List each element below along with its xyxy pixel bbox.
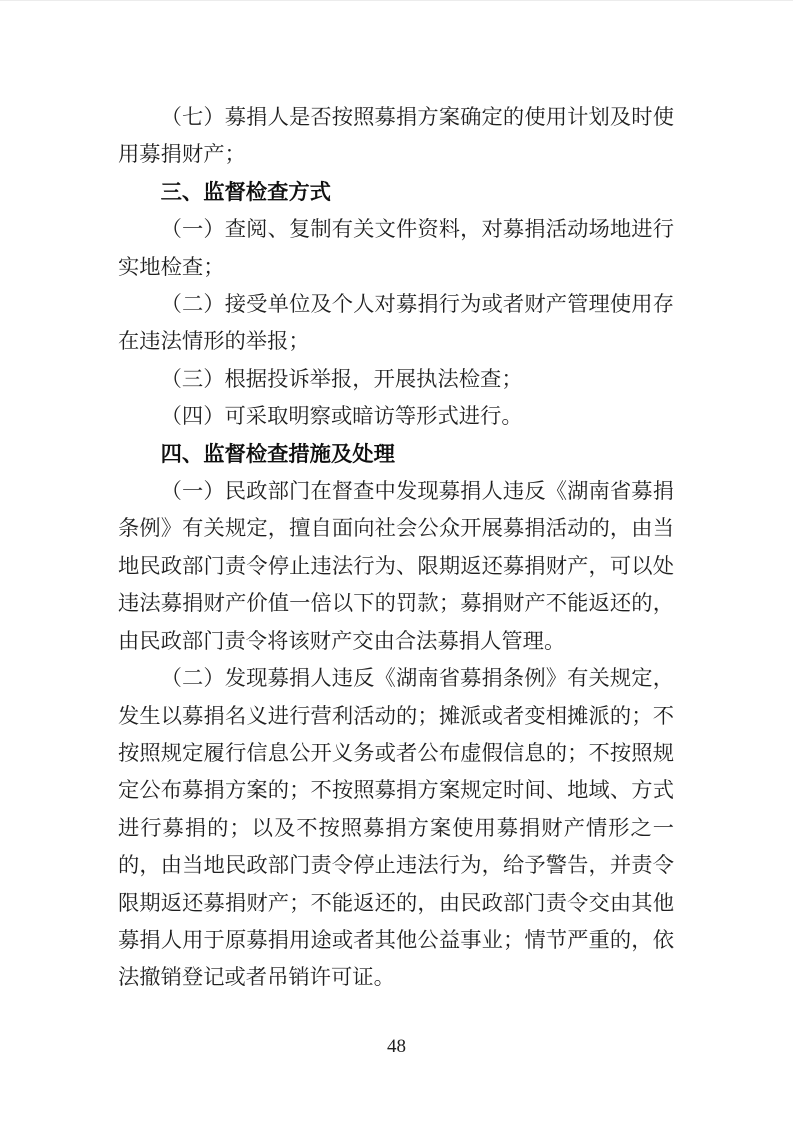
page-number: 48 [0, 1036, 793, 1058]
paragraph-item-two-methods: （二）接受单位及个人对募捐行为或者财产管理使用存在违法情形的举报； [118, 286, 674, 361]
document-body: （七）募捐人是否按照募捐方案确定的使用计划及时使用募捐财产； 三、监督检查方式 … [118, 99, 674, 997]
paragraph-item-two-measures: （二）发现募捐人违反《湖南省募捐条例》有关规定，发生以募捐名义进行营利活动的；摊… [118, 660, 674, 997]
paragraph-item-three-methods: （三）根据投诉举报，开展执法检查； [118, 361, 674, 398]
paragraph-item-four-methods: （四）可采取明察或暗访等形式进行。 [118, 398, 674, 435]
paragraph-item-seven: （七）募捐人是否按照募捐方案确定的使用计划及时使用募捐财产； [118, 99, 674, 174]
section-heading-four: 四、监督检查措施及处理 [118, 436, 674, 473]
paragraph-item-one-measures: （一）民政部门在督查中发现募捐人违反《湖南省募捐条例》有关规定，擅自面向社会公众… [118, 473, 674, 660]
paragraph-item-one-methods: （一）查阅、复制有关文件资料，对募捐活动场地进行实地检查； [118, 211, 674, 286]
section-heading-three: 三、监督检查方式 [118, 174, 674, 211]
document-page: （七）募捐人是否按照募捐方案确定的使用计划及时使用募捐财产； 三、监督检查方式 … [0, 0, 793, 1122]
